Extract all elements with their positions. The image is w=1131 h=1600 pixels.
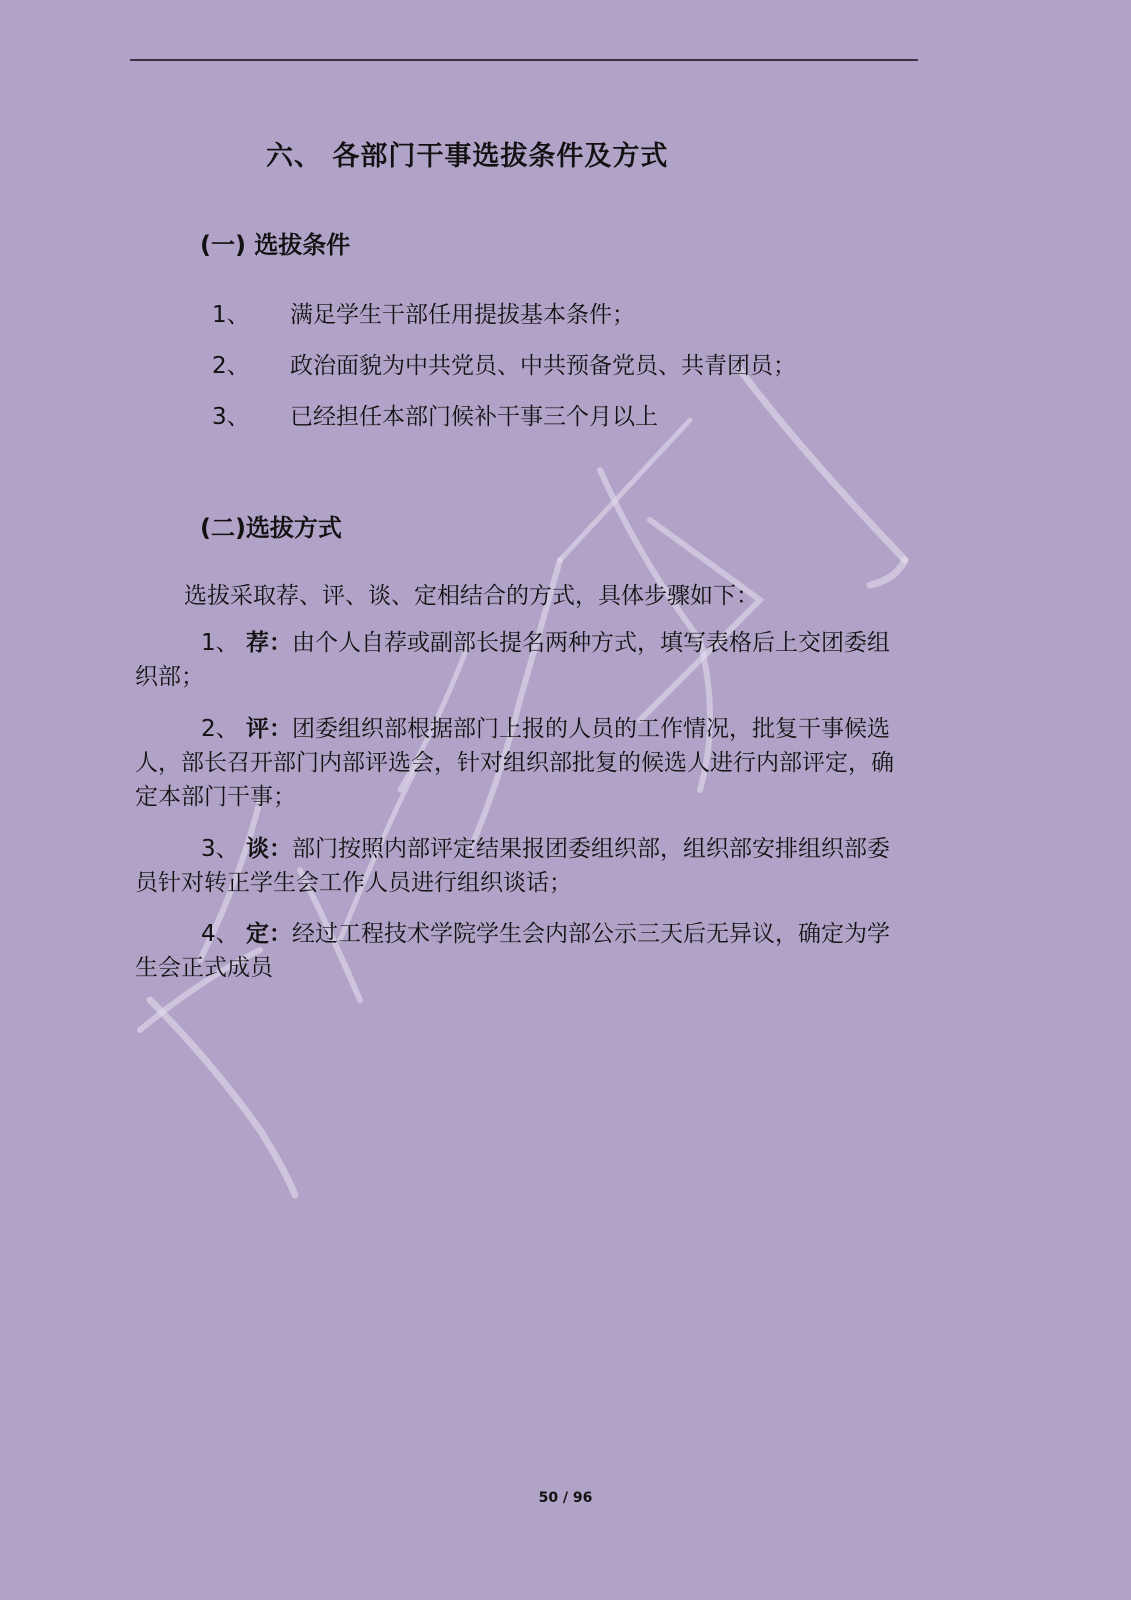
header-rule: [130, 59, 918, 61]
method-step: 4、 定：经过工程技术学院学生会内部公示三天后无异议，确定为学生会正式成员: [135, 917, 905, 985]
criteria-item: 3、已经担任本部门候补干事三个月以上: [212, 398, 658, 431]
page-title: 六、 各部门干事选拔条件及方式: [266, 134, 668, 173]
criteria-number: 2、: [212, 347, 290, 380]
criteria-text: 满足学生干部任用提拔基本条件；: [290, 302, 635, 328]
criteria-text: 政治面貌为中共党员、中共预备党员、共青团员；: [290, 353, 796, 379]
criteria-number: 1、: [212, 296, 290, 329]
step-key: 谈：: [246, 836, 292, 862]
step-key: 评：: [246, 716, 292, 742]
method-step: 3、 谈：部门按照内部评定结果报团委组织部，组织部安排组织部委员针对转正学生会工…: [135, 832, 905, 900]
criteria-item: 1、满足学生干部任用提拔基本条件；: [212, 296, 635, 329]
page-number: 50 / 96: [0, 1490, 1131, 1506]
method-step: 1、 荐：由个人自荐或副部长提名两种方式，填写表格后上交团委组织部；: [135, 626, 905, 694]
criteria-number: 3、: [212, 398, 290, 431]
step-key: 定：: [246, 921, 292, 947]
section-heading-method: (二)选拔方式: [200, 508, 342, 543]
step-number: 3、: [201, 836, 239, 862]
step-key: 荐：: [246, 630, 292, 656]
step-number: 4、: [201, 921, 239, 947]
method-step: 2、 评：团委组织部根据部门上报的人员的工作情况，批复干事候选人，部长召开部门内…: [135, 712, 905, 814]
method-intro: 选拔采取荐、评、谈、定相结合的方式，具体步骤如下：: [184, 577, 759, 610]
step-number: 1、: [201, 630, 239, 656]
section-heading-criteria: (一) 选拔条件: [200, 225, 350, 260]
criteria-text: 已经担任本部门候补干事三个月以上: [290, 404, 658, 430]
step-number: 2、: [201, 716, 239, 742]
criteria-item: 2、政治面貌为中共党员、中共预备党员、共青团员；: [212, 347, 796, 380]
